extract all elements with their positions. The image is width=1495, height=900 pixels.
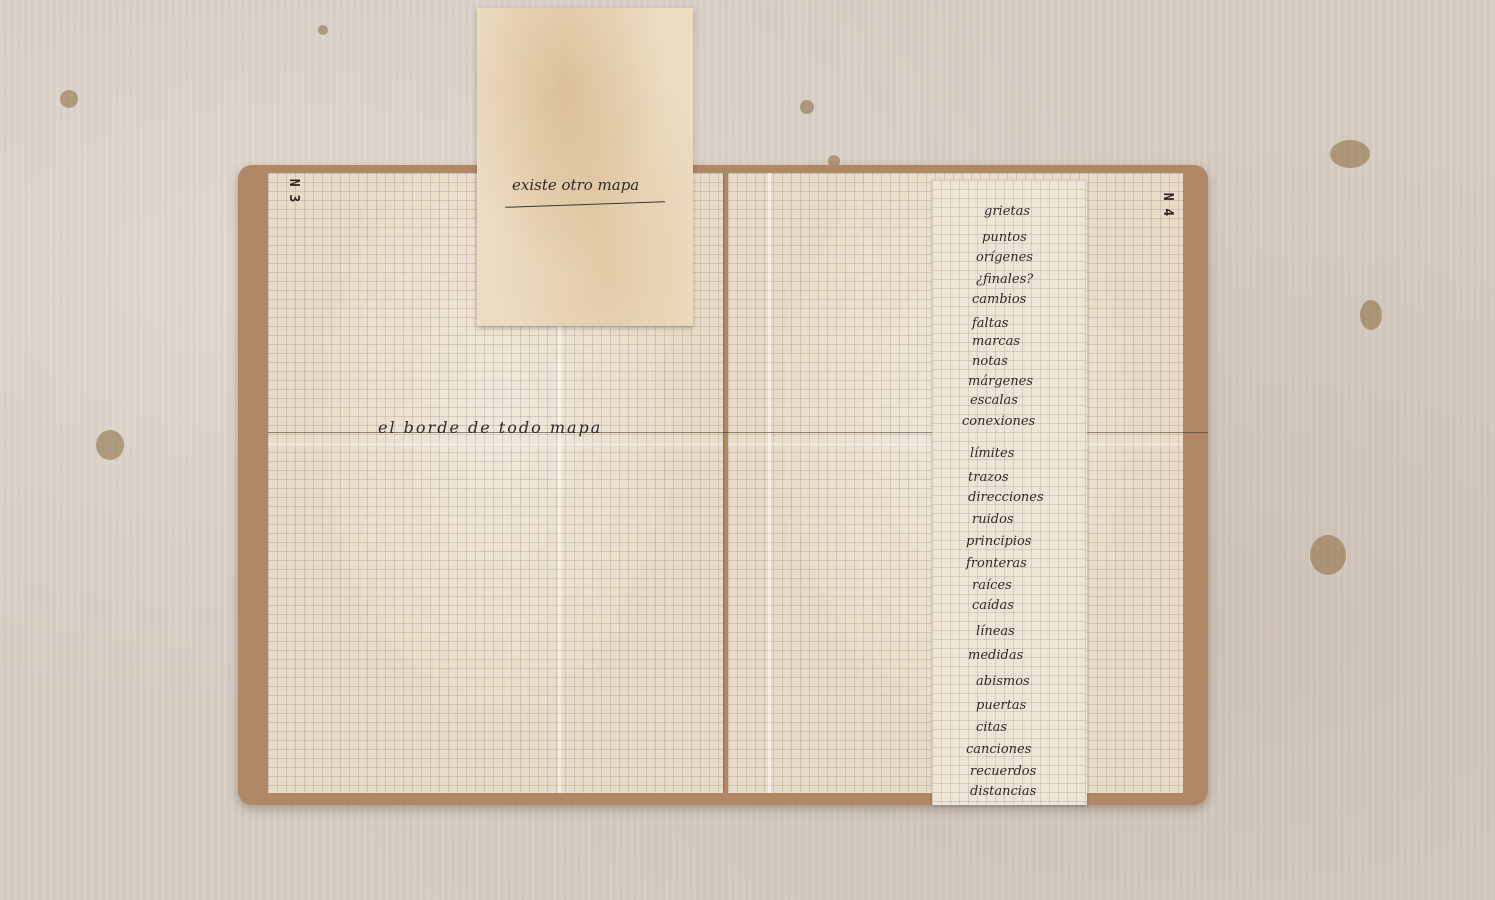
left-page-number: N 3 xyxy=(286,179,301,202)
list-word: marcas xyxy=(972,334,1020,349)
list-word: cambios xyxy=(972,292,1026,307)
list-word: márgenes xyxy=(968,374,1033,389)
stain xyxy=(96,430,124,460)
list-word: abismos xyxy=(976,674,1030,689)
list-word: orígenes xyxy=(976,250,1033,265)
list-word: ruidos xyxy=(972,512,1014,527)
list-word: grietas xyxy=(984,204,1030,219)
list-word: faltas xyxy=(972,316,1008,331)
fold-line xyxy=(768,173,771,793)
stain xyxy=(318,25,328,35)
fold-line xyxy=(268,443,723,445)
right-page-number: N 4 xyxy=(1160,193,1175,216)
main-handwritten-line: el borde de todo mapa xyxy=(378,418,602,437)
list-word: fronteras xyxy=(966,556,1027,571)
stain xyxy=(60,90,78,108)
list-word: distancias xyxy=(970,784,1036,799)
list-word: caídas xyxy=(972,598,1014,613)
list-word: medidas xyxy=(968,648,1023,663)
list-word: escalas xyxy=(970,393,1018,408)
card-handwritten-text: existe otro mapa xyxy=(512,176,639,194)
list-word: puntos xyxy=(982,230,1027,245)
list-word: líneas xyxy=(976,624,1015,639)
stain xyxy=(1310,535,1346,575)
list-word: límites xyxy=(970,446,1014,461)
list-word: canciones xyxy=(966,742,1031,757)
stain xyxy=(800,100,814,114)
list-word: citas xyxy=(976,720,1007,735)
list-word: raíces xyxy=(972,578,1012,593)
card-underline xyxy=(505,201,665,208)
list-word: recuerdos xyxy=(970,764,1036,779)
stain xyxy=(1360,300,1382,330)
list-word: trazos xyxy=(968,470,1009,485)
stain xyxy=(1330,140,1370,168)
list-word: principios xyxy=(966,534,1031,549)
list-word: puertas xyxy=(976,698,1026,713)
list-word: notas xyxy=(972,354,1008,369)
list-word: conexiones xyxy=(962,414,1035,429)
list-word: direcciones xyxy=(968,490,1044,505)
paper-card: existe otro mapa xyxy=(477,8,693,326)
list-word: ¿finales? xyxy=(976,272,1033,287)
word-list-strip: grietas puntos orígenes ¿finales? cambio… xyxy=(932,180,1087,805)
